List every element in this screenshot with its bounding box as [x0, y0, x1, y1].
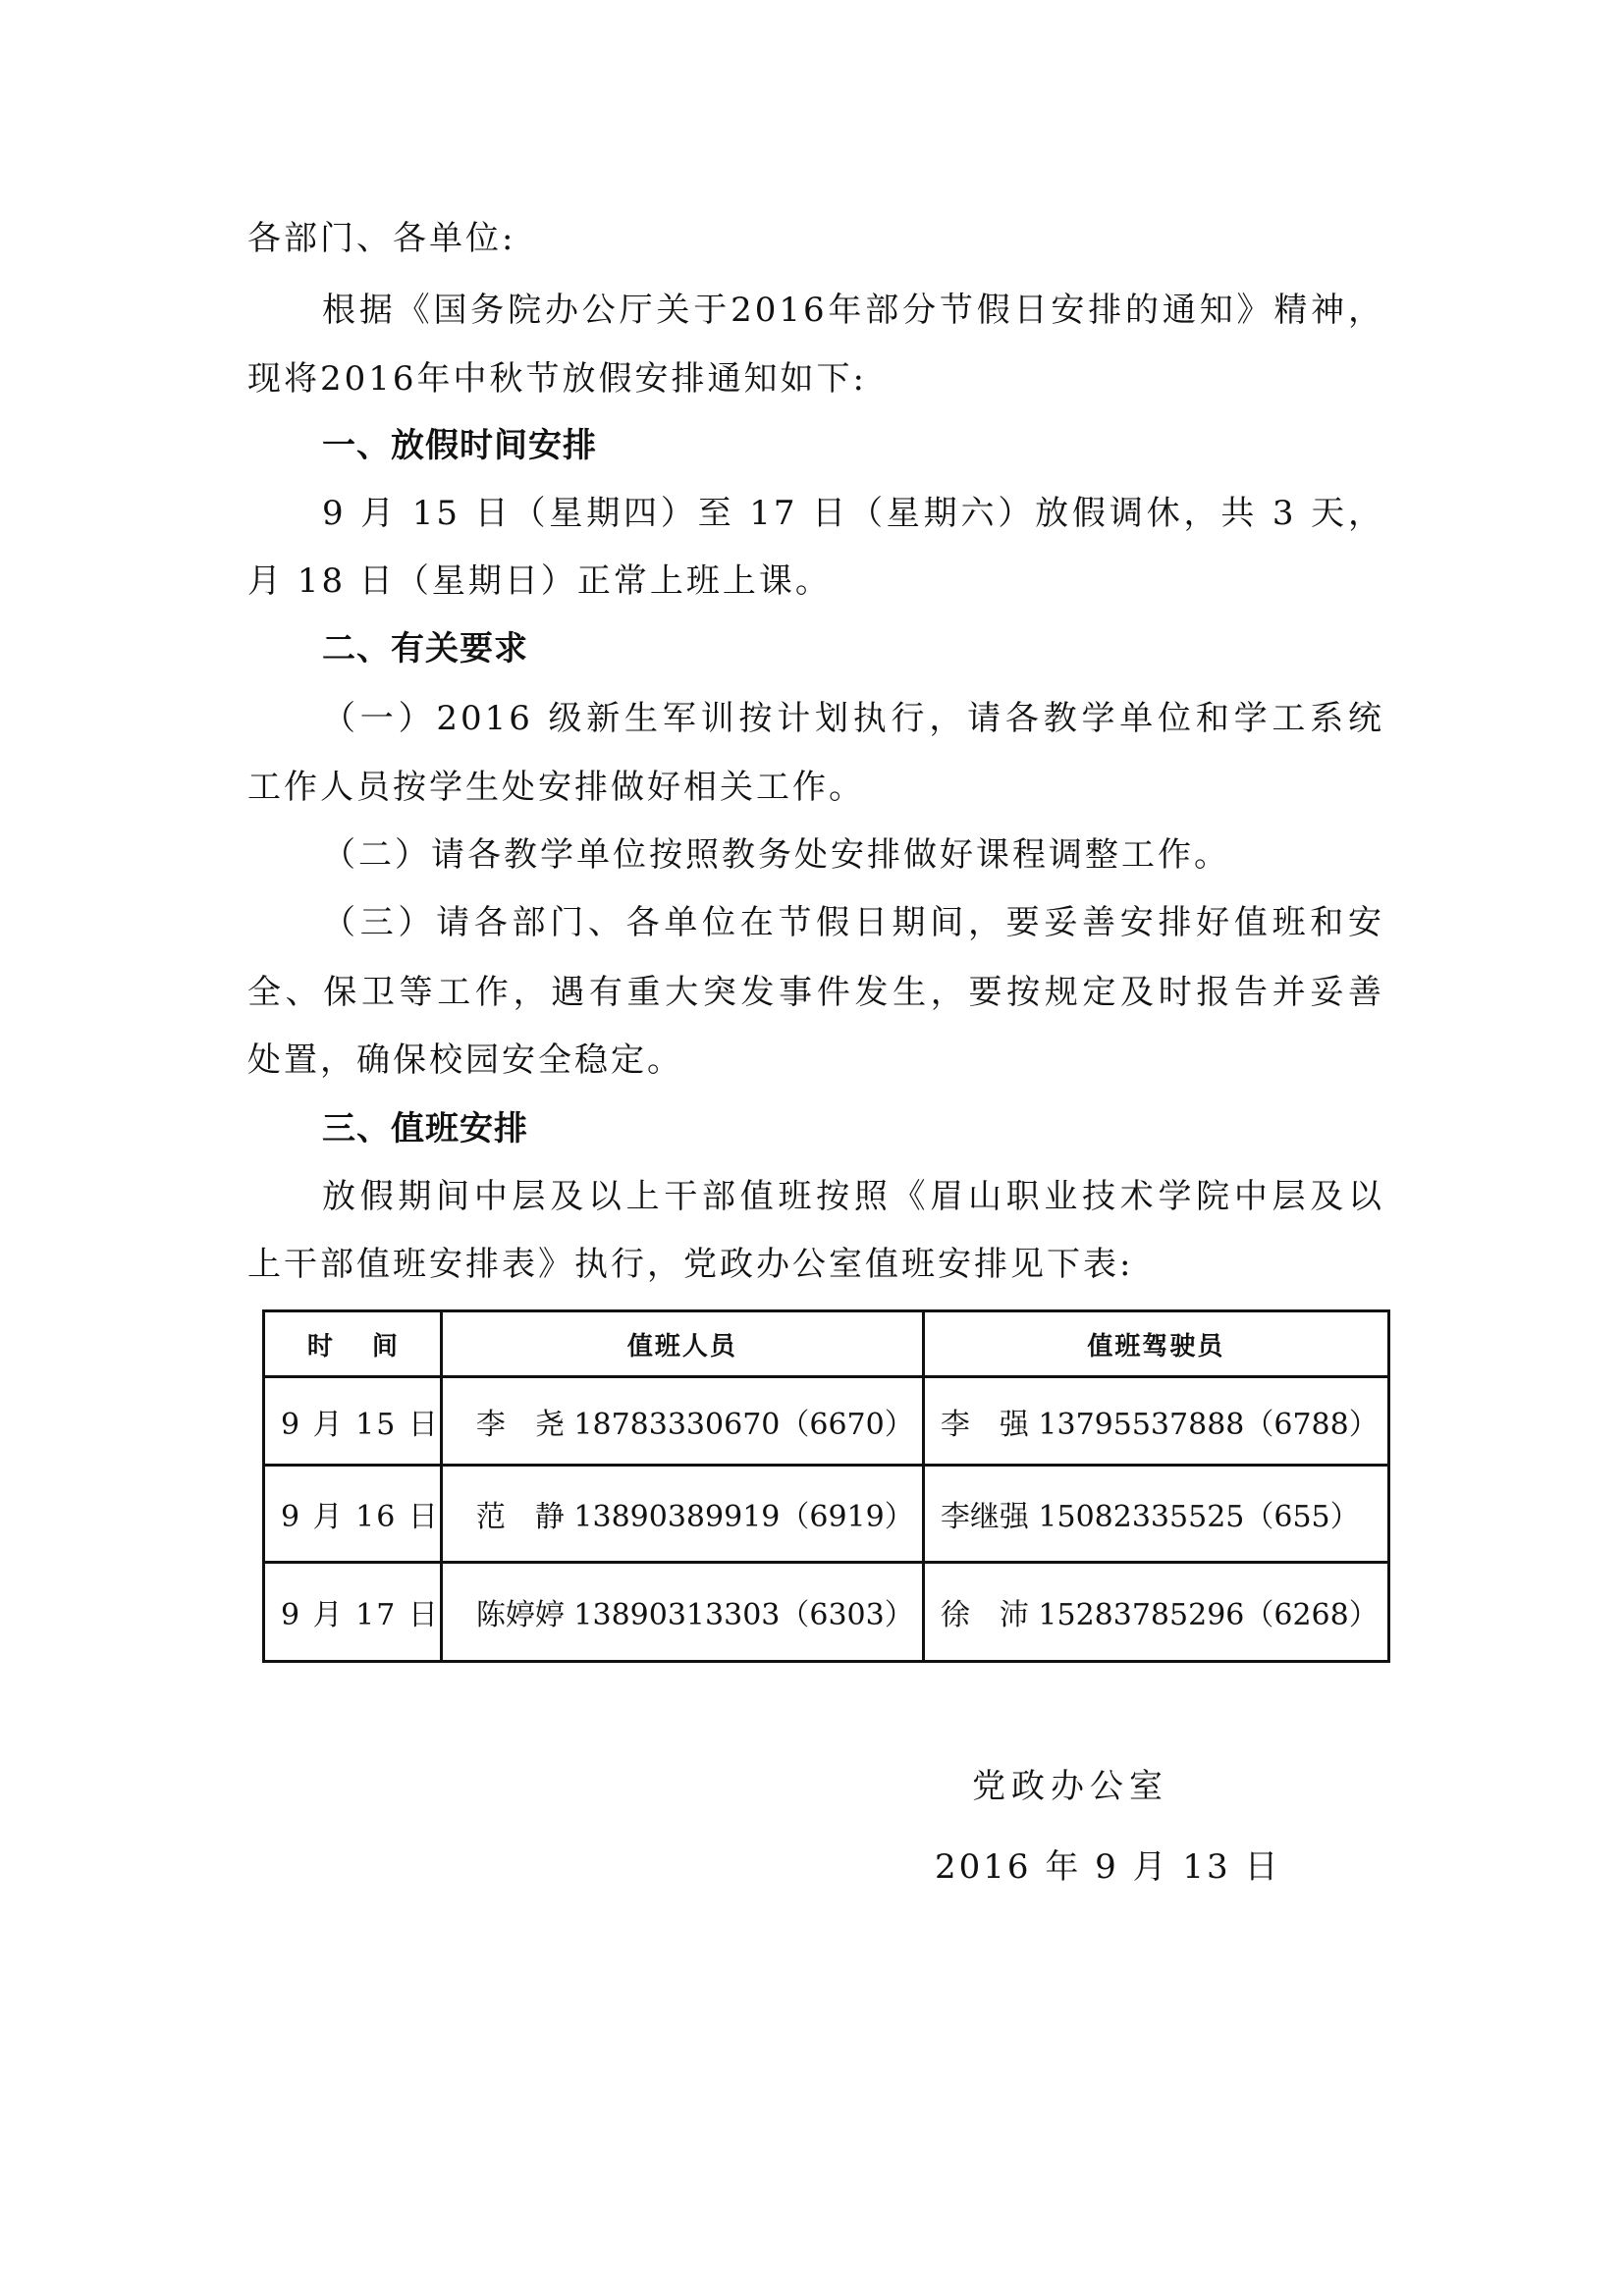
section-3-line-1: 放假期间中层及以上干部值班按照《眉山职业技术学院中层及以 [322, 1169, 1384, 1224]
requirement-2-line-1: （二）请各教学单位按照教务处安排做好课程调整工作。 [322, 828, 1384, 882]
table-row: 9 月 17 日 陈婷婷 13890313303（6303） 徐 沛 15283… [264, 1563, 1389, 1662]
section-1-line-1: 9 月 15 日（星期四）至 17 日（星期六）放假调休，共 3 天，9 [322, 486, 1384, 541]
duty-staff: 范 静 13890389919（6919） [441, 1466, 923, 1563]
duty-date: 9 月 16 日 [264, 1466, 442, 1563]
section-3-line-2: 上干部值班安排表》执行，党政办公室值班安排见下表: [247, 1237, 1384, 1292]
requirement-3-line-3: 处置，确保校园安全稳定。 [247, 1033, 1384, 1088]
duty-staff: 李 尧 18783330670（6670） [441, 1377, 923, 1466]
header-driver: 值班驾驶员 [923, 1311, 1388, 1377]
signature-office: 党政办公室 [972, 1759, 1168, 1807]
section-2-heading: 二、有关要求 [322, 621, 1384, 676]
requirement-1-line-1: （一）2016 级新生军训按计划执行，请各教学单位和学工系统 [322, 691, 1384, 746]
signature-date: 2016 年 9 月 13 日 [935, 1840, 1280, 1888]
duty-driver: 李 强 13795537888（6788） [923, 1377, 1388, 1466]
duty-staff: 陈婷婷 13890313303（6303） [441, 1563, 923, 1662]
requirement-3-line-1: （三）请各部门、各单位在节假日期间，要妥善安排好值班和安 [322, 895, 1384, 950]
duty-date: 9 月 17 日 [264, 1563, 442, 1662]
duty-driver: 李继强 15082335525（655） [923, 1466, 1388, 1563]
table-row: 9 月 15 日 李 尧 18783330670（6670） 李 强 13795… [264, 1377, 1389, 1466]
intro-line-1: 根据《国务院办公厅关于2016年部分节假日安排的通知》精神， [322, 283, 1384, 338]
document-page: 各部门、各单位: 根据《国务院办公厅关于2016年部分节假日安排的通知》精神， … [0, 0, 1624, 2296]
salutation: 各部门、各单位: [247, 211, 1384, 266]
duty-table-header: 时间 值班人员 值班驾驶员 [264, 1311, 1389, 1377]
header-time: 时间 [264, 1311, 442, 1377]
duty-date: 9 月 15 日 [264, 1377, 442, 1466]
header-staff: 值班人员 [441, 1311, 923, 1377]
duty-driver: 徐 沛 15283785296（6268） [923, 1563, 1388, 1662]
duty-table: 时间 值班人员 值班驾驶员 9 月 15 日 李 尧 18783330670（6… [262, 1309, 1390, 1663]
requirement-3-line-2: 全、保卫等工作，遇有重大突发事件发生，要按规定及时报告并妥善 [247, 965, 1384, 1020]
intro-line-2: 现将2016年中秋节放假安排通知如下: [247, 351, 1384, 406]
section-3-heading: 三、值班安排 [322, 1101, 1384, 1156]
section-1-heading: 一、放假时间安排 [322, 418, 1384, 473]
requirement-1-line-2: 工作人员按学生处安排做好相关工作。 [247, 760, 1384, 815]
section-1-line-2: 月 18 日（星期日）正常上班上课。 [247, 554, 1384, 609]
table-row: 9 月 16 日 范 静 13890389919（6919） 李继强 15082… [264, 1466, 1389, 1563]
